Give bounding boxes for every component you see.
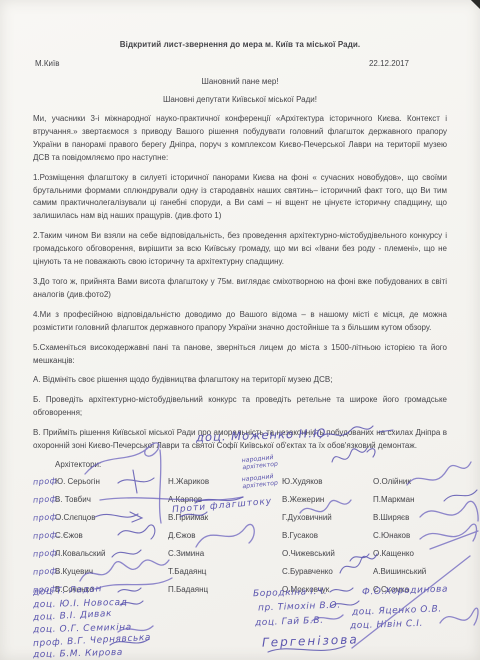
signer-name: С.Юнаков (373, 527, 447, 545)
signer-name: В.Гусаков (282, 527, 373, 545)
signer-name: Г.Духовичний (282, 509, 373, 527)
paragraph: Ми, учасники 3-і міжнародної науко-практ… (33, 113, 447, 165)
paragraph-demand-a: А. Відмініть своє рішення щодо будівницт… (33, 374, 447, 387)
handwritten-signer: доц. Нівін С.І. (350, 619, 423, 632)
signer-prefix: проф. (32, 472, 55, 491)
signature-stroke (440, 608, 478, 625)
scanned-letter-page: Відкритий лист-звернення до мера м. Київ… (0, 0, 480, 660)
paragraph: 5.Схаменіться високодержавні пані та пан… (33, 342, 447, 368)
signer-prefix: проф. (32, 526, 55, 545)
signer-name: Т.Бадаянц (168, 563, 282, 581)
signer-name: С.Єжов (55, 527, 168, 545)
signer-name: О.Слєпцов (55, 509, 168, 527)
signer-grid: проф.Ю. СерьогінН.ЖариковЮ.ХудяковО.Олій… (33, 473, 447, 599)
paragraph: 3.До того ж, прийнята Вами висота флагшт… (33, 276, 447, 302)
city-label: М.Київ (35, 59, 60, 68)
paragraphs: Ми, учасники 3-і міжнародної науко-практ… (33, 113, 447, 453)
signer-prefix: проф. (32, 544, 55, 563)
handwritten-signer: доц. О.Г. Семикіна (33, 622, 132, 635)
page-title: Відкритий лист-звернення до мера м. Київ… (33, 40, 447, 49)
signer-name: Д.Єжов (168, 527, 282, 545)
handwritten-signer: доц. Б.М. Кирова (33, 647, 123, 659)
paragraph: 4.Ми з професійною відповідальністю дово… (33, 309, 447, 335)
handwritten-signer: проф. В.Г. Чернявська (33, 633, 151, 649)
signer-name: О.Чижевський (282, 545, 373, 563)
signer-name: А.Вишинський (373, 563, 447, 581)
handwritten-signer: доц. Ю.І. Новосад (33, 597, 128, 609)
handwritten-signer: доц. В.І. Дивак (33, 609, 113, 623)
meta-row: М.Київ 22.12.2017 (35, 59, 409, 68)
handwritten-signer: доц. Гай Б.В. (255, 616, 324, 628)
signer-name: Л.Ковальский (55, 545, 168, 563)
salutation-deputies: Шановні депутати Київської міської Ради! (33, 95, 447, 104)
signer-name: В.Куцевич (55, 563, 168, 581)
signer-prefix: проф. (32, 490, 55, 509)
paragraph-demand-b: Б. Проведіть архітектурно-містобудівельн… (33, 394, 447, 420)
signer-name: О.Кащенко (373, 545, 447, 563)
handwritten-signer: доц. Яценко О.В. (352, 604, 442, 617)
signer-name: Ю. Серьогін (55, 473, 168, 491)
signer-name: С.Зимина (168, 545, 282, 563)
signer-name: С.Буравченко (282, 563, 373, 581)
signer-prefix: проф. (32, 508, 55, 527)
paragraph: 1.Розміщення флагштоку в силуеті історич… (33, 172, 447, 224)
signer-name: О.Олійник (373, 473, 447, 491)
signer-name: В.Жежерин (282, 491, 373, 509)
signer-name: В.Ширяєв (373, 509, 447, 527)
signer-name: Ю.Худяков (282, 473, 373, 491)
signer-prefix: проф. (32, 562, 55, 581)
signer-name: П.Маркман (373, 491, 447, 509)
signer-name: В. Товбич (55, 491, 168, 509)
paragraph: 2.Таким чином Ви взяли на себе відповіда… (33, 230, 447, 269)
date-label: 22.12.2017 (369, 59, 409, 68)
handwritten-signer: пр. Тімохін В.О. (258, 601, 341, 614)
handwritten-signer: Гергенізова (262, 632, 359, 649)
salutation-mayor: Шановний пане мер! (33, 77, 447, 86)
